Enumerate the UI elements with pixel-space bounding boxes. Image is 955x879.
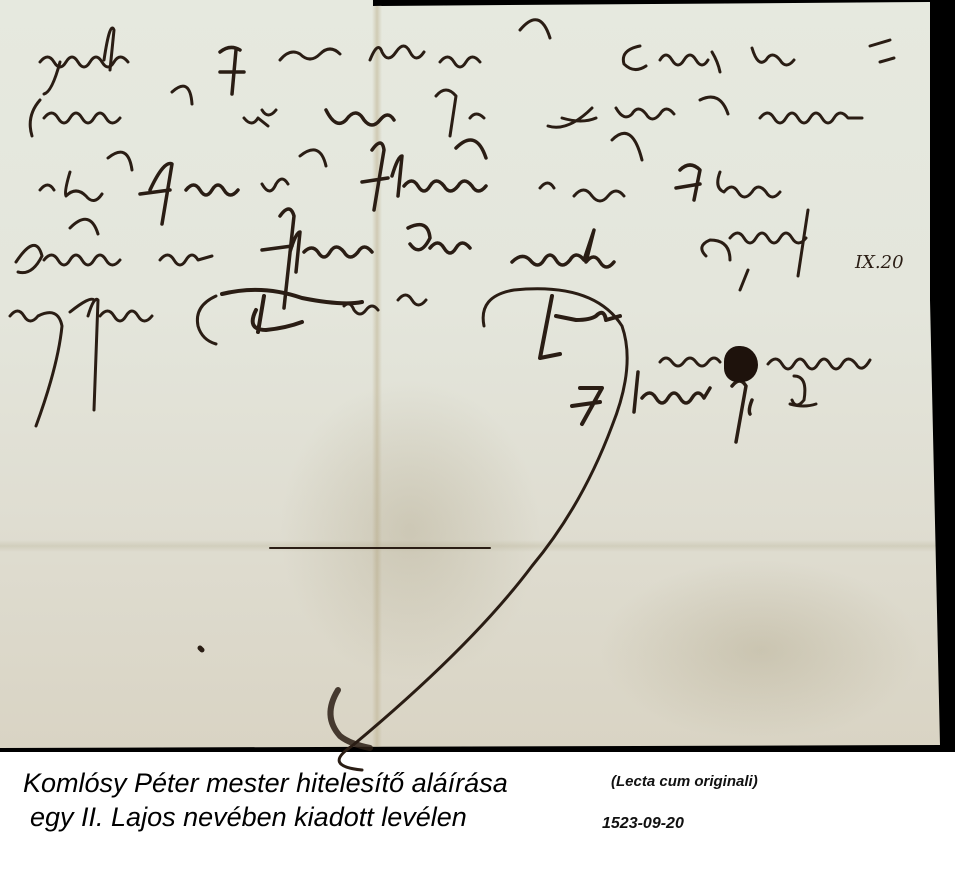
caption-title-line-2: egy II. Lajos nevében kiadott levélen [23, 800, 508, 834]
caption-latin-note: (Lecta cum originali) [611, 773, 758, 790]
caption-title: Komlósy Péter mester hitelesítő aláírása… [23, 766, 508, 834]
caption-date: 1523-09-20 [602, 815, 684, 833]
marginal-date-note: IX.20 [855, 252, 904, 273]
caption-title-line-1: Komlósy Péter mester hitelesítő aláírása [23, 768, 508, 798]
manuscript-handwriting [0, 0, 955, 752]
ink-blot [724, 346, 758, 382]
